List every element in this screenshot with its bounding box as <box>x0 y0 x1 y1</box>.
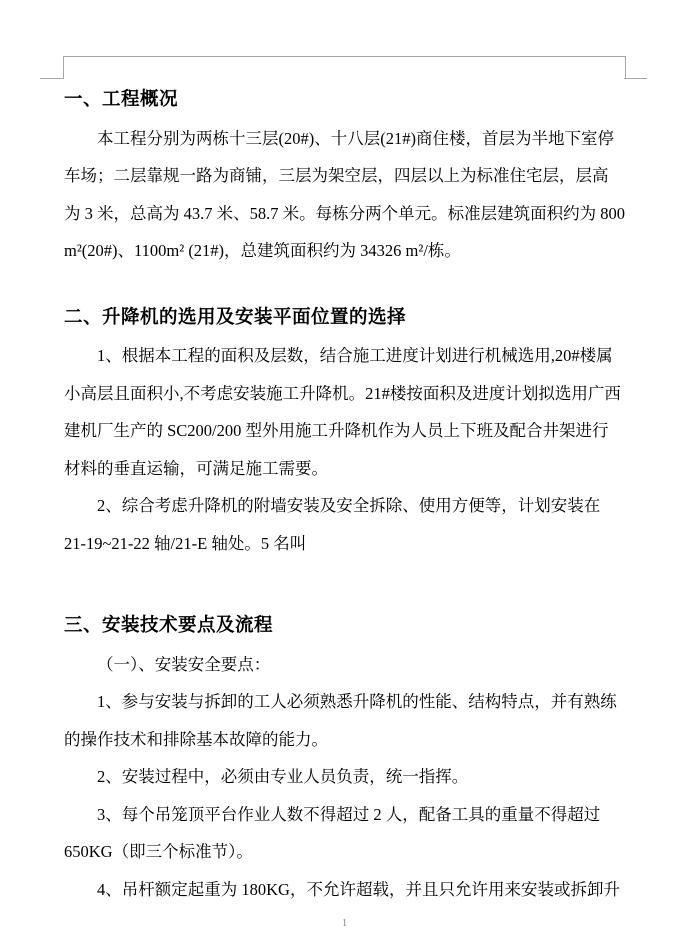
section-heading: 一、工程概况 <box>64 82 627 120</box>
text-line: 为 3 米，总高为 43.7 米、58.7 米。每栋分两个单元。标准层建筑面积约… <box>64 195 627 233</box>
text-line: 21-19~21-22 轴/21-E 轴处。5 名叫 <box>64 525 627 563</box>
section-heading: 二、升降机的选用及安装平面位置的选择 <box>64 300 627 338</box>
document-page: 一、工程概况 本工程分别为两栋十三层(20#)、十八层(21#)商住楼，首层为半… <box>0 0 689 938</box>
text-line: 1、根据本工程的面积及层数，结合施工进度计划进行机械选用,20#楼属 <box>64 337 627 375</box>
text-line: 1、参与安装与拆卸的工人必须熟悉升降机的性能、结构特点，并有熟练 <box>64 683 627 721</box>
text-line: 650KG（即三个标准节）。 <box>64 833 627 871</box>
text-line: 2、综合考虑升降机的附墙安装及安全拆除、使用方便等，计划安装在 <box>64 487 627 525</box>
text-line: （一）、安装安全要点： <box>64 646 627 684</box>
text-boundary-tick-right <box>624 78 647 79</box>
header-boundary-line <box>63 56 626 79</box>
section-installation-key-points: 三、安装技术要点及流程 （一）、安装安全要点： 1、参与安装与拆卸的工人必须熟悉… <box>64 608 627 908</box>
text-line: 车场；二层靠规一路为商铺，三层为架空层，四层以上为标准住宅层，层高 <box>64 157 627 195</box>
text-line: 小高层且面积小,不考虑安装施工升降机。21#楼按面积及进度计划拟选用广西 <box>64 375 627 413</box>
document-body: 一、工程概况 本工程分别为两栋十三层(20#)、十八层(21#)商住楼，首层为半… <box>64 82 627 908</box>
section-hoist-selection-and-position: 二、升降机的选用及安装平面位置的选择 1、根据本工程的面积及层数，结合施工进度计… <box>64 300 627 563</box>
text-line: 4、吊杆额定起重为 180KG，不允许超载，并且只允许用来安装或拆卸升 <box>64 871 627 909</box>
text-line: 材料的垂直运输，可满足施工需要。 <box>64 450 627 488</box>
text-line: 本工程分别为两栋十三层(20#)、十八层(21#)商住楼，首层为半地下室停 <box>64 120 627 158</box>
text-line: 3、每个吊笼顶平台作业人数不得超过 2 人，配备工具的重量不得超过 <box>64 796 627 834</box>
text-line: 建机厂生产的 SC200/200 型外用施工升降机作为人员上下班及配合井架进行 <box>64 412 627 450</box>
text-line: 的操作技术和排除基本故障的能力。 <box>64 721 627 759</box>
text-boundary-tick-left <box>40 78 63 79</box>
text-line: m²(20#)、1100m² (21#)，总建筑面积约为 34326 m²/栋。 <box>64 232 627 270</box>
section-project-overview: 一、工程概况 本工程分别为两栋十三层(20#)、十八层(21#)商住楼，首层为半… <box>64 82 627 270</box>
section-heading: 三、安装技术要点及流程 <box>64 608 627 646</box>
text-line: 2、安装过程中，必须由专业人员负责，统一指挥。 <box>64 758 627 796</box>
page-number: 1 <box>0 916 689 930</box>
